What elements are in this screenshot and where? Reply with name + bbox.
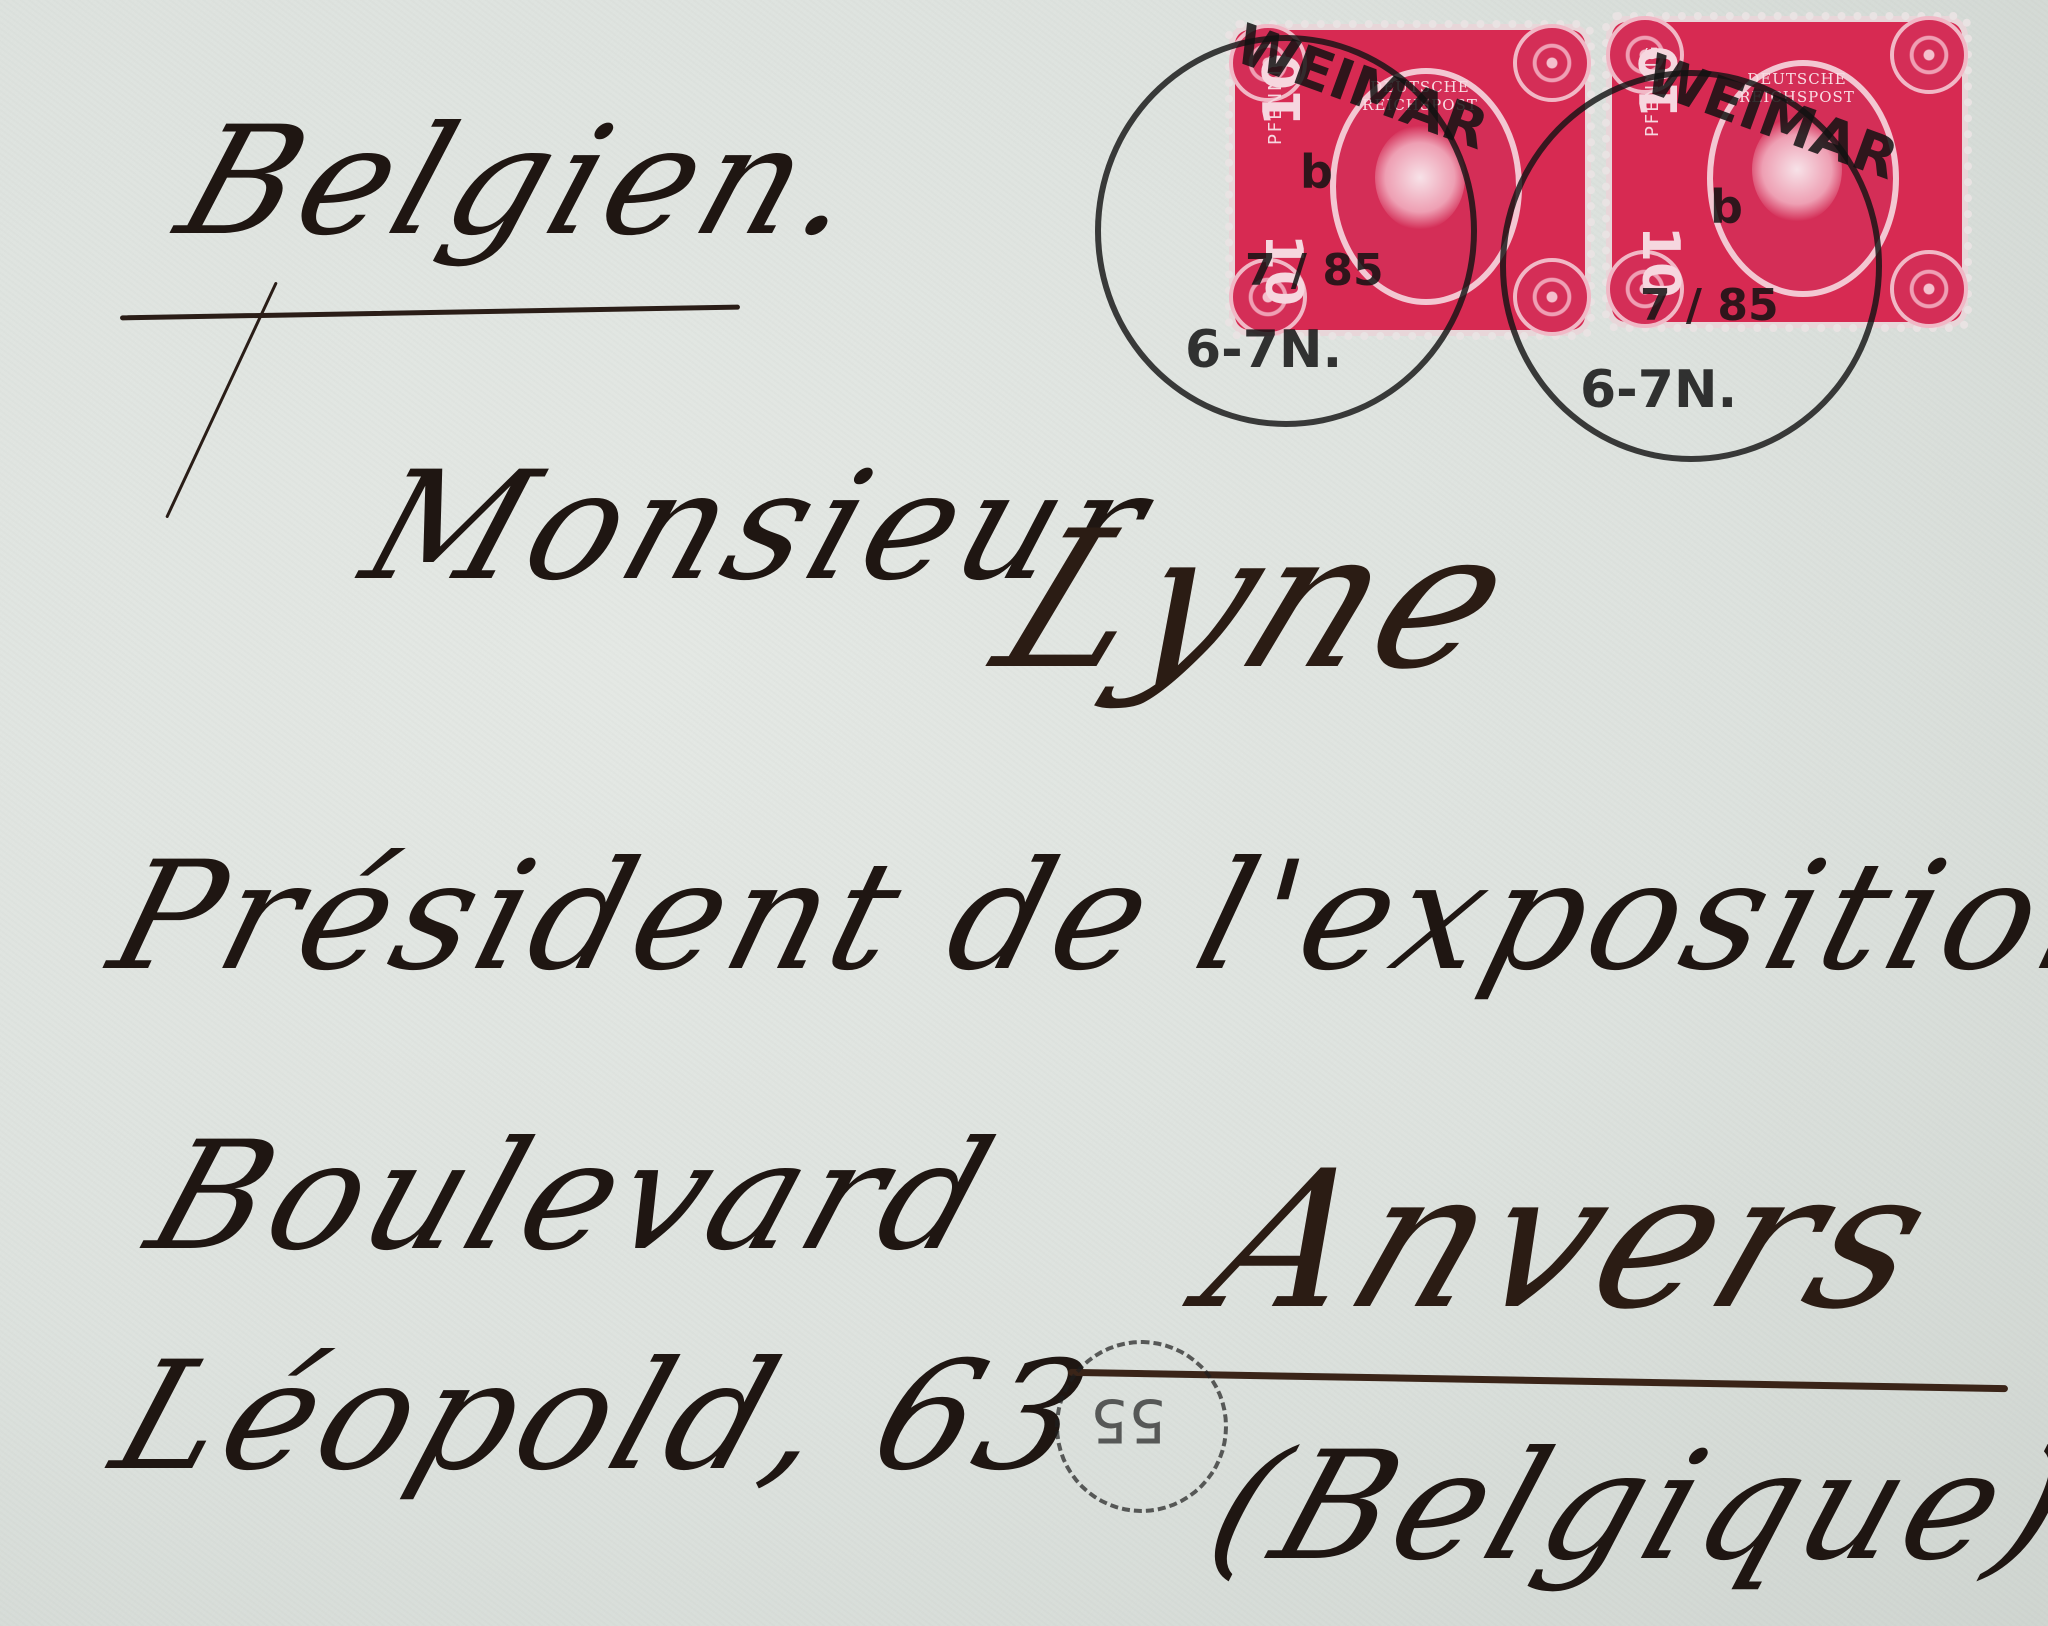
- country-note: Belgien.: [160, 95, 889, 269]
- postmark-date: 7 / 85: [1640, 280, 1779, 331]
- underline: [120, 305, 740, 321]
- envelope: DEUTSCHE REICHSPOST 10 10 PFENNIG DEUTSC…: [0, 0, 2048, 1626]
- city: Anvers: [1180, 1130, 1964, 1351]
- stamp-ornament: [1890, 250, 1968, 328]
- recipient-name: Lyne: [970, 490, 1548, 711]
- receiving-mark-text: 55: [1090, 1385, 1166, 1455]
- postmark-letter: b: [1300, 145, 1333, 199]
- stamp-ornament: [1513, 24, 1591, 102]
- street-line-1: Boulevard: [130, 1110, 1016, 1284]
- street-line-2: Léopold, 63: [95, 1330, 1113, 1504]
- postmark-time: 6-7N.: [1580, 360, 1737, 420]
- stamp-ornament: [1890, 16, 1968, 94]
- title-line-2: l'exposition: [1180, 830, 2048, 1004]
- postmark-letter: b: [1710, 180, 1743, 234]
- country: (Belgique): [1190, 1420, 2048, 1594]
- postmark-time: 6-7N.: [1185, 320, 1342, 380]
- postmark-date: 7 / 85: [1245, 245, 1384, 296]
- title-line-1: Président de: [95, 830, 1174, 1004]
